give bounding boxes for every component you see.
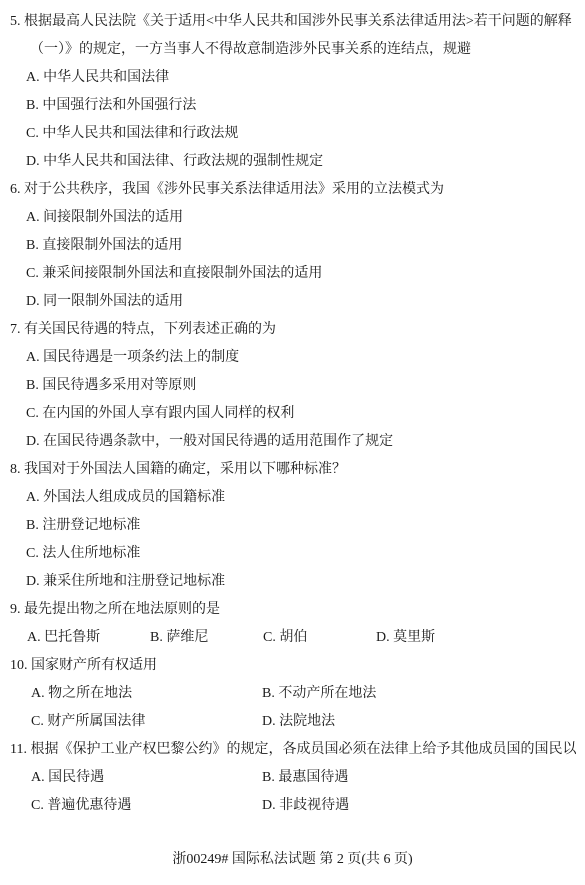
question-6-stem: 6. 对于公共秩序，我国《涉外民事关系法律适用法》采用的立法模式为 <box>10 176 583 204</box>
question-6-option-b: B. 直接限制外国法的适用 <box>10 232 583 260</box>
question-11-option-b: B. 最惠国待遇 <box>262 764 348 792</box>
question-8-stem: 8. 我国对于外国法人国籍的确定，采用以下哪种标准？ <box>10 456 583 484</box>
question-10-options-row-1: A. 物之所在地法 B. 不动产所在地法 <box>10 680 583 708</box>
question-11-stem: 11. 根据《保护工业产权巴黎公约》的规定，各成员国必须在法律上给予其他成员国的… <box>10 736 583 764</box>
question-5-option-c: C. 中华人民共和国法律和行政法规 <box>10 120 583 148</box>
question-10-options-row-2: C. 财产所属国法律 D. 法院地法 <box>10 708 583 736</box>
question-7-option-a: A. 国民待遇是一项条约法上的制度 <box>10 344 583 372</box>
question-9-option-b: B. 萨维尼 <box>150 624 263 652</box>
question-5: 5. 根据最高人民法院《关于适用<中华人民共和国涉外民事关系法律适用法>若干问题… <box>10 8 583 176</box>
question-11-options-row-1: A. 国民待遇 B. 最惠国待遇 <box>10 764 583 792</box>
question-6-option-c: C. 兼采间接限制外国法和直接限制外国法的适用 <box>10 260 583 288</box>
question-10-option-a: A. 物之所在地法 <box>31 680 262 708</box>
question-5-stem-line-1: 5. 根据最高人民法院《关于适用<中华人民共和国涉外民事关系法律适用法>若干问题… <box>10 8 583 36</box>
question-11-options-row-2: C. 普遍优惠待遇 D. 非歧视待遇 <box>10 792 583 820</box>
question-11-option-a: A. 国民待遇 <box>31 764 262 792</box>
question-8-option-b: B. 注册登记地标准 <box>10 512 583 540</box>
question-6: 6. 对于公共秩序，我国《涉外民事关系法律适用法》采用的立法模式为 A. 间接限… <box>10 176 583 316</box>
question-9-options-row: A. 巴托鲁斯 B. 萨维尼 C. 胡伯 D. 莫里斯 <box>10 624 583 652</box>
question-5-option-a: A. 中华人民共和国法律 <box>10 64 583 92</box>
question-11-option-c: C. 普遍优惠待遇 <box>31 792 262 820</box>
question-9-option-a: A. 巴托鲁斯 <box>27 624 150 652</box>
question-6-option-a: A. 间接限制外国法的适用 <box>10 204 583 232</box>
question-10-stem: 10. 国家财产所有权适用 <box>10 652 583 680</box>
question-8-option-d: D. 兼采住所地和注册登记地标准 <box>10 568 583 596</box>
question-6-option-d: D. 同一限制外国法的适用 <box>10 288 583 316</box>
question-9-option-c: C. 胡伯 <box>263 624 376 652</box>
question-5-option-d: D. 中华人民共和国法律、行政法规的强制性规定 <box>10 148 583 176</box>
question-10-option-c: C. 财产所属国法律 <box>31 708 262 736</box>
question-7-option-c: C. 在内国的外国人享有跟内国人同样的权利 <box>10 400 583 428</box>
question-11: 11. 根据《保护工业产权巴黎公约》的规定，各成员国必须在法律上给予其他成员国的… <box>10 736 583 820</box>
question-10-option-b: B. 不动产所在地法 <box>262 680 376 708</box>
question-9-option-d: D. 莫里斯 <box>376 624 435 652</box>
question-list: 5. 根据最高人民法院《关于适用<中华人民共和国涉外民事关系法律适用法>若干问题… <box>0 0 585 820</box>
question-9-stem: 9. 最先提出物之所在地法原则的是 <box>10 596 583 624</box>
question-10-option-d: D. 法院地法 <box>262 708 335 736</box>
exam-page: 5. 根据最高人民法院《关于适用<中华人民共和国涉外民事关系法律适用法>若干问题… <box>0 0 585 885</box>
question-7-option-b: B. 国民待遇多采用对等原则 <box>10 372 583 400</box>
question-11-option-d: D. 非歧视待遇 <box>262 792 349 820</box>
question-8-option-a: A. 外国法人组成成员的国籍标准 <box>10 484 583 512</box>
question-5-stem-line-2: （一）》的规定，一方当事人不得故意制造涉外民事关系的连结点，规避 <box>10 36 583 64</box>
question-8: 8. 我国对于外国法人国籍的确定，采用以下哪种标准？ A. 外国法人组成成员的国… <box>10 456 583 596</box>
question-7-stem: 7. 有关国民待遇的特点，下列表述正确的为 <box>10 316 583 344</box>
question-8-option-c: C. 法人住所地标准 <box>10 540 583 568</box>
question-10: 10. 国家财产所有权适用 A. 物之所在地法 B. 不动产所在地法 C. 财产… <box>10 652 583 736</box>
question-9: 9. 最先提出物之所在地法原则的是 A. 巴托鲁斯 B. 萨维尼 C. 胡伯 D… <box>10 596 583 652</box>
question-7-option-d: D. 在国民待遇条款中，一般对国民待遇的适用范围作了规定 <box>10 428 583 456</box>
question-7: 7. 有关国民待遇的特点，下列表述正确的为 A. 国民待遇是一项条约法上的制度 … <box>10 316 583 456</box>
page-footer: 浙00249# 国际私法试题 第 2 页(共 6 页) <box>0 846 585 874</box>
question-5-option-b: B. 中国强行法和外国强行法 <box>10 92 583 120</box>
